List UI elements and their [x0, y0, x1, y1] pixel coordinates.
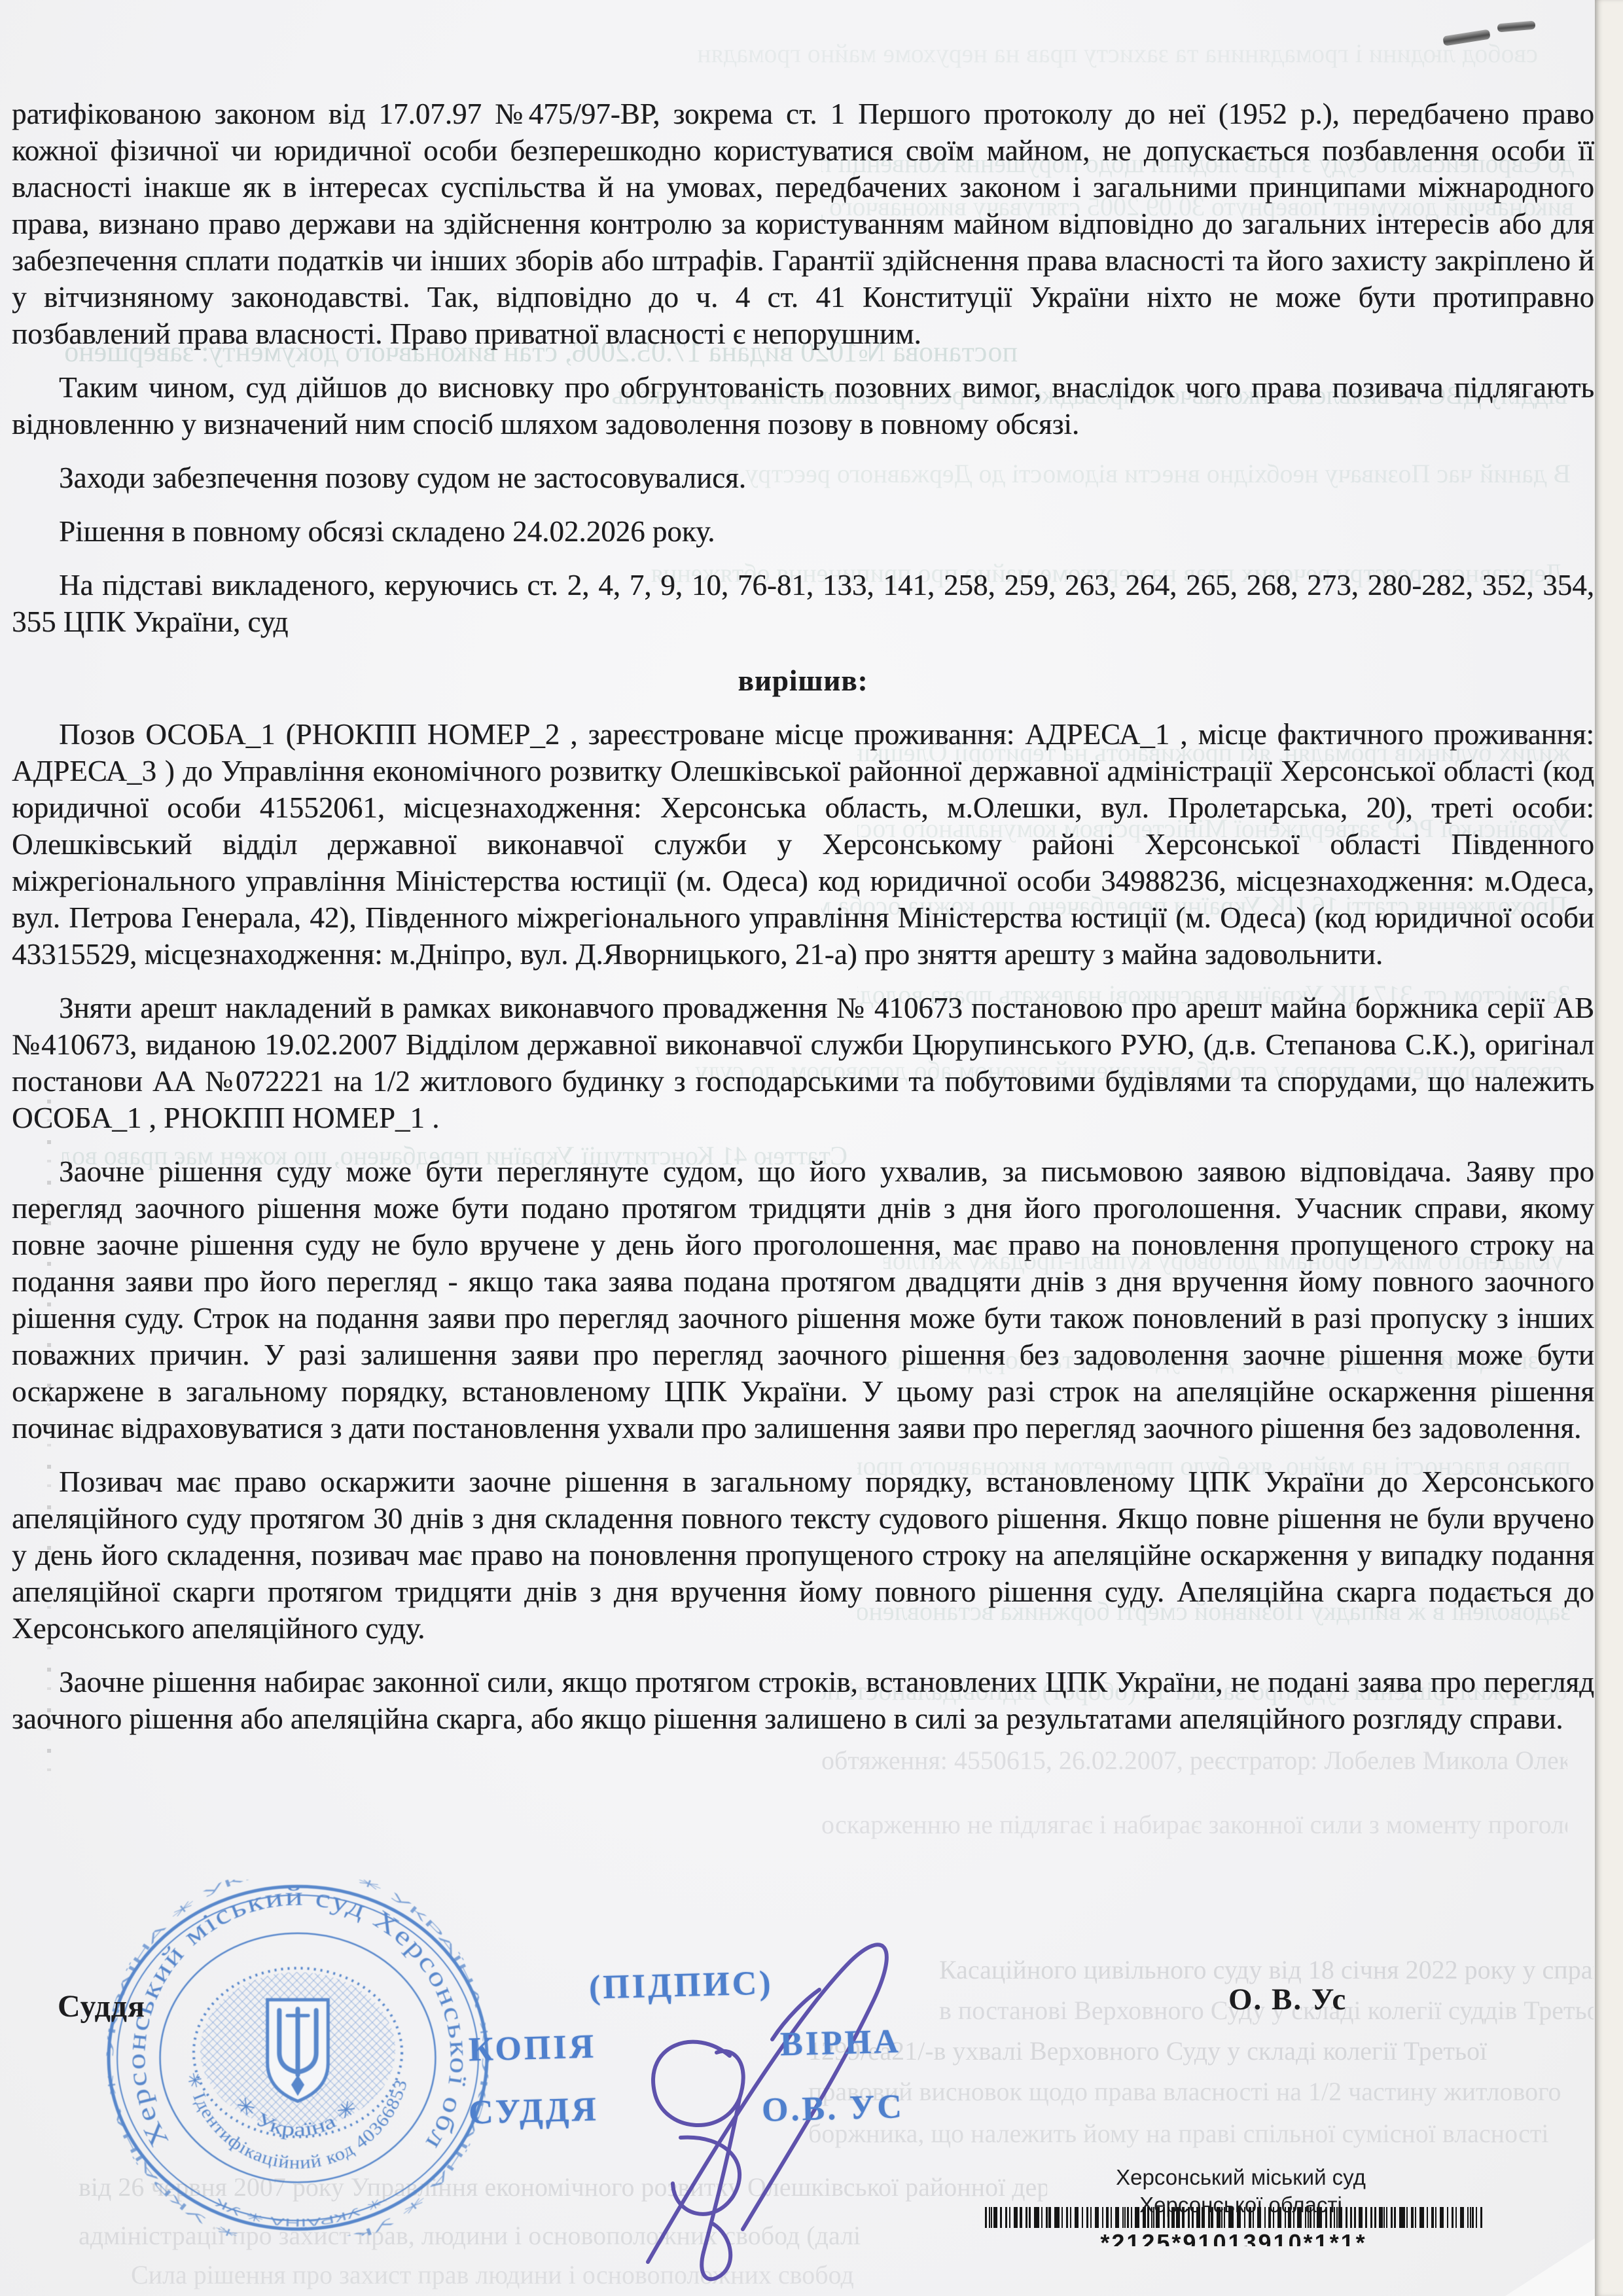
verdict-heading: вирішив: — [12, 662, 1594, 699]
paragraph: Рішення в повному обсязі складено 24.02.… — [12, 513, 1594, 550]
paragraph: ратифікованою законом від 17.07.97 №475/… — [12, 96, 1594, 352]
paragraph: Заочне рішення набирає законної сили, як… — [12, 1664, 1594, 1737]
copy-stamp-word: КОПІЯ — [468, 2027, 597, 2069]
paragraph: Позивач має право оскаржити заочне рішен… — [12, 1463, 1594, 1647]
paragraph: Зняти арешт накладений в рамках виконавч… — [12, 990, 1594, 1136]
barcode — [985, 2207, 1482, 2228]
judge-label: Суддя — [58, 1988, 145, 2024]
copy-stamp-word: СУДДЯ — [468, 2090, 599, 2132]
bleed-line: свобод людини і громадянина та захисту п… — [98, 38, 1538, 69]
judge-name: О. В. Ус — [1228, 1982, 1347, 2017]
paragraph: Позов ОСОБА_1 (РНОКПП НОМЕР_2 , зареєстр… — [12, 716, 1594, 973]
page-right-edge — [1595, 0, 1623, 2296]
paragraph: Заходи забезпечення позову судом не заст… — [12, 459, 1594, 496]
paragraph: Заочне рішення суду може бути переглянут… — [12, 1153, 1594, 1446]
signature-placeholder-stamp: (ПІДПИС) — [588, 1964, 774, 2007]
copy-stamp-word: ВІРНА — [779, 2022, 901, 2064]
bleed-line: Касаційного цивільного суду від 18 січня… — [939, 1954, 1594, 1986]
footer-court-line: Херсонський міський суд — [1071, 2164, 1411, 2191]
staple-mark — [1497, 20, 1536, 32]
trident-emblem-icon — [268, 2000, 329, 2101]
paragraph: На підставі викладеного, керуючись ст. 2… — [12, 567, 1594, 640]
copy-stamp-word: О.В. УС — [761, 2087, 904, 2130]
decision-text: ратифікованою законом від 17.07.97 №475/… — [12, 96, 1594, 1737]
court-seal: Херсонський міський суд Херсонської обла… — [103, 1880, 492, 2236]
bleed-line: обтяження: 4550615, 26.02.2007, реєстрат… — [821, 1745, 1567, 1776]
barcode-caption: *2125*91013910*1*1* — [985, 2229, 1482, 2246]
staple-mark — [1442, 29, 1490, 46]
paragraph: Таким чином, суд дійшов до висновку про … — [12, 369, 1594, 442]
bleed-line: оскарженню не підлягає і набирає законно… — [821, 1809, 1567, 1840]
page-corner-curl — [1505, 2237, 1597, 2296]
scanned-court-decision-page: свобод людини і громадянина та захисту п… — [0, 0, 1623, 2296]
